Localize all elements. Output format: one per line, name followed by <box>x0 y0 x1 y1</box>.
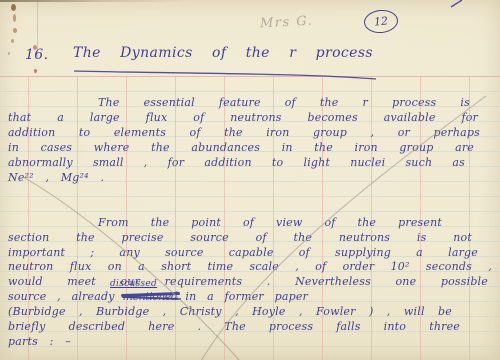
top-edge-pen-tick <box>451 0 462 7</box>
text-line: would meet our requirements . Neverthele… <box>8 274 488 289</box>
text-line: The essential feature of the r process i… <box>98 95 470 110</box>
text-line-with-edit: source , alreadymentionedin a former pap… <box>8 289 308 304</box>
text-line: important ; any source capable of supply… <box>8 245 478 260</box>
text-line: parts : – <box>8 334 71 349</box>
page-number: 12 <box>373 13 388 29</box>
page-number-badge: 12 <box>363 9 399 35</box>
stain-mark <box>11 4 16 11</box>
text-line: briefly described here . The process fal… <box>8 319 460 334</box>
inserted-word: discussed <box>110 277 157 292</box>
text-line: addition to elements of the iron group ,… <box>8 125 480 140</box>
text-line: (Burbidge , Burbidge , Christy , Hoyle ,… <box>8 304 452 319</box>
manuscript-page: Mrs G. 12 16. The Dynamics of the r proc… <box>0 0 500 360</box>
text-line: abnormally small , for addition to light… <box>8 155 465 170</box>
page-top-edge-shadow <box>0 0 190 2</box>
text-line: in cases where the abundances in the iro… <box>8 140 474 155</box>
text-line: that a large flux of neutrons becomes av… <box>8 110 478 125</box>
heading-number: 16. <box>25 48 48 63</box>
edit-before-text: source , already <box>8 290 115 303</box>
stain-mark <box>11 39 14 43</box>
stain-mark <box>13 14 16 22</box>
text-line: section the precise source of the neutro… <box>8 230 472 245</box>
stain-mark <box>8 52 10 55</box>
text-line: Ne²² , Mg²⁴ . <box>8 170 104 185</box>
edit-after-text: in a former paper <box>185 290 308 303</box>
heading-title: The Dynamics of the r process <box>73 46 373 61</box>
text-line: From the point of view of the present <box>98 215 442 230</box>
pencil-note: Mrs G. <box>260 14 314 32</box>
text-line: neutron flux on a short time scale , of … <box>8 259 492 274</box>
stain-mark <box>13 28 17 33</box>
stain-mark <box>34 69 37 73</box>
